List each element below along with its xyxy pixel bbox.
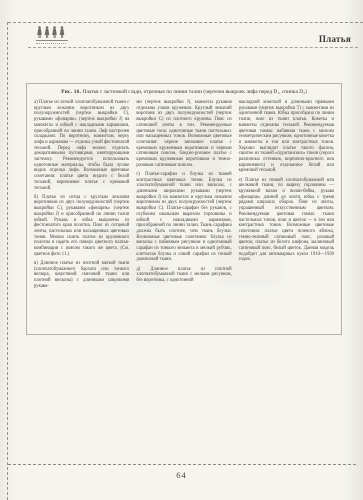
page-number: 64 bbox=[0, 470, 363, 480]
paragraph-e: е) Платье из тонкой хлопчатобумажной или… bbox=[239, 178, 334, 264]
figure-description-box: Рис. 16. Платья с застежкой сзади, отрез… bbox=[26, 83, 342, 335]
paragraph-d-continued: накладной кокеткой и длинными прямыми ру… bbox=[239, 100, 334, 174]
page-header: Платья bbox=[36, 26, 353, 44]
text-column-1: а) Платье из легкой хлопчатобумажной тка… bbox=[34, 100, 129, 293]
figure-caption: Рис. 16. Платья с застежкой сзади, отрез… bbox=[34, 89, 334, 96]
page-title: Платья bbox=[319, 34, 353, 44]
trim-mark-left bbox=[7, 22, 8, 500]
dolls-figures-logo bbox=[36, 26, 68, 44]
trim-mark-bottom bbox=[8, 464, 356, 465]
text-column-3: накладной кокеткой и длинными прямыми ру… bbox=[239, 100, 334, 293]
paragraph-v-continued: ми (чертеж выкройки J), манжеты рукавов … bbox=[136, 100, 231, 168]
paragraph-g: г) Платье-сарафан и блузка из тканей кон… bbox=[136, 172, 231, 263]
scanned-book-page: Платья Рис. 16. Платья с застежкой сзади… bbox=[0, 0, 363, 500]
paragraph-b: б) Платье из ситца с круглым лежачим вор… bbox=[34, 195, 129, 258]
logo-subtext-line bbox=[36, 43, 66, 44]
header-rule bbox=[28, 47, 358, 48]
figure-caption-text: Платья с застежкой сзади, отрезные по ли… bbox=[81, 89, 307, 95]
paragraph-a: а) Платье из легкой хлопчатобумажной тка… bbox=[34, 100, 129, 191]
trim-mark-top bbox=[8, 22, 363, 23]
paragraph-v-start: в) Длинное платье из плотной мягкой ткан… bbox=[34, 261, 129, 290]
logo-baseline bbox=[36, 40, 68, 41]
text-columns: а) Платье из легкой хлопчатобумажной тка… bbox=[34, 100, 334, 293]
dolls-figures-icon bbox=[36, 26, 66, 39]
text-column-2: ми (чертеж выкройки J), манжеты рукавов … bbox=[136, 100, 231, 293]
paragraph-d-start: д) Длинное платье из плотной хлопчатобум… bbox=[136, 267, 231, 284]
figure-caption-label: Рис. 16. bbox=[61, 89, 81, 95]
